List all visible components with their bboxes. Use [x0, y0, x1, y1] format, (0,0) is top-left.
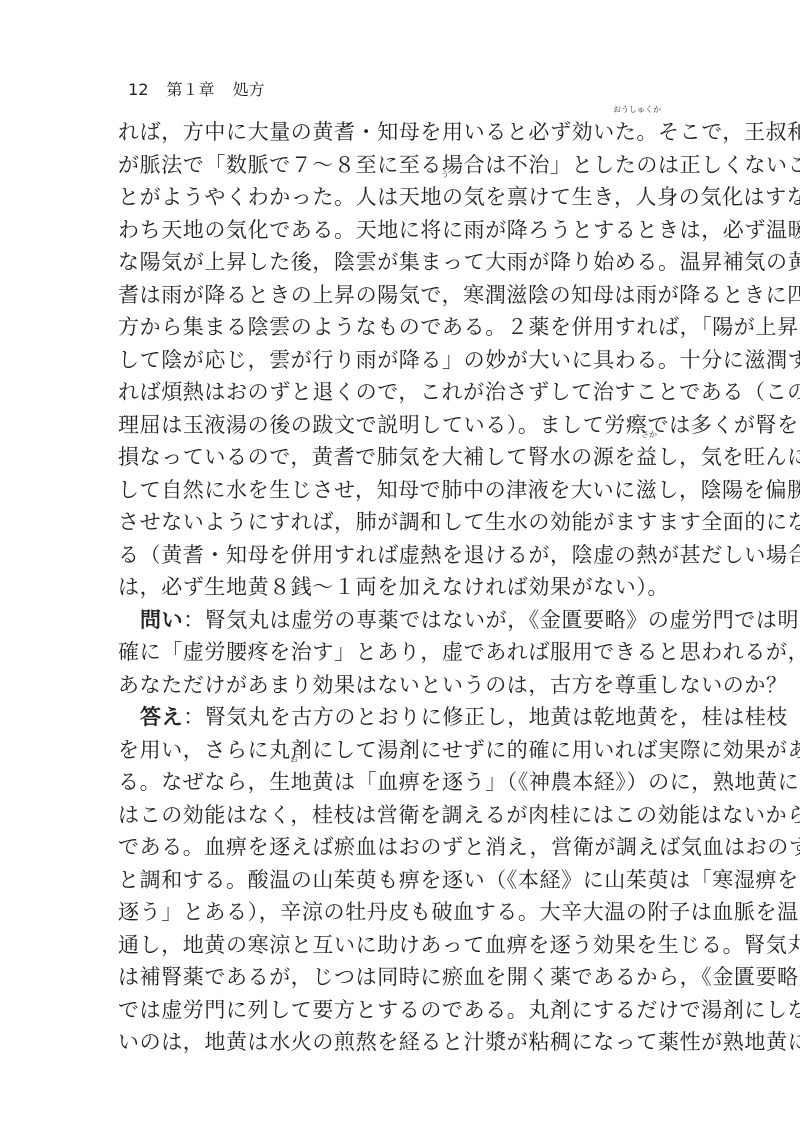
text-line: は，必ず生地黄８銭～１両を加えなければ効果がない）。 [118, 571, 686, 604]
text-line: る。なぜなら，生地黄は「血痹を逐う」（《神農本経》）のに，熟地黄に [118, 766, 686, 799]
text-line: 損なっているので，黄耆で肺気を大補して腎水の源を益し，気を旺んに [118, 441, 686, 474]
page-number: 12 [128, 80, 148, 99]
text-line: 通し，地黄の寒涼と互いに助けあって血痹を逐う効果を生じる。腎気丸 [118, 929, 686, 962]
question-line: 問い：腎気丸は虚労の専薬ではないが，《金匱要略》の虚労門では明 [118, 604, 686, 637]
text-line: はこの効能はなく，桂枝は営衛を調えるが肉桂にはこの効能はないから [118, 799, 686, 832]
text-line: は補腎薬であるが，じつは同時に瘀血を開く薬であるから，《金匱要略》 [118, 961, 686, 994]
text-line: 耆は雨が降るときの上昇の陽気で，寒潤滋陰の知母は雨が降るときに四 [118, 279, 686, 312]
question-text: 腎気丸は虚労の専薬ではないが，《金匱要略》の虚労門では明 [205, 608, 799, 632]
section-title: 処方 [233, 80, 265, 99]
text-line: いのは，地黄は水火の煎熬を経ると汁漿が粘稠になって薬性が熟地黄に [118, 1026, 686, 1059]
text-line: な陽気が上昇した後，陰雲が集まって大雨が降り始める。温昇補気の黄 [118, 246, 686, 279]
body-text: れば，方中に大量の黄耆・知母を用いると必ず効いた。そこで，王叔和 が脈法で「数脈… [118, 116, 686, 1059]
question-label: 問い [140, 608, 183, 632]
answer-text: 腎気丸を古方のとおりに修正し，地黄は乾地黄を，桂は桂枝 [205, 705, 788, 729]
text-line: 逐う」とある），辛涼の牡丹皮も破血する。大辛大温の附子は血脈を温 [118, 896, 686, 929]
text-line: して自然に水を生じさせ，知母で肺中の津液を大いに滋し，陰陽を偏勝 [118, 474, 686, 507]
chapter-label: 第１章 [167, 80, 215, 99]
text-line: を用い，さらに丸剤にして湯剤にせずに的確に用いれば実際に効果があ [118, 734, 686, 767]
text-line: と調和する。酸温の山茱萸も痹を逐い（《本経》に山茱萸は「寒湿痹を [118, 864, 686, 897]
text-line: では虚労門に列して要方とするのである。丸剤にするだけで湯剤にしな [118, 994, 686, 1027]
text-line: る（黄耆・知母を併用すれば虚熱を退けるが，陰虚の熱が甚だしい場合 [118, 539, 686, 572]
text-line: とがようやくわかった。人は天地の気を禀けて生き，人身の気化はすな [118, 181, 686, 214]
answer-label: 答え [140, 705, 183, 729]
ruby-reading: おうしゅくか [613, 106, 661, 114]
text-line: れば，方中に大量の黄耆・知母を用いると必ず効いた。そこで，王叔和 [118, 116, 686, 149]
text-line: が脈法で「数脈で７～８至に至る場合は不治」としたのは正しくないこ [118, 149, 686, 182]
text-line: して陰が応じ，雲が行り雨が降る」の妙が大いに具わる。十分に滋潤す [118, 344, 686, 377]
text-line: わち天地の気化である。天地に将に雨が降ろうとするときは，必ず温暖 [118, 214, 686, 247]
label-separator: ： [183, 608, 205, 632]
text-line: 確に「虚労腰疼を治す」とあり，虚であれば服用できると思われるが， [118, 636, 686, 669]
running-header: 12第１章処方 [118, 58, 265, 100]
text-line: あなただけがあまり効果はないというのは，古方を尊重しないのか？ [118, 669, 686, 702]
text-line: れば煩熱はおのずと退くので，これが治さずして治すことである（この [118, 376, 686, 409]
answer-line: 答え：腎気丸を古方のとおりに修正し，地黄は乾地黄を，桂は桂枝 [118, 701, 686, 734]
text-line: 方から集まる陰雲のようなものである。２薬を併用すれば，「陽が上昇 [118, 311, 686, 344]
text-line: させないようにすれば，肺が調和して生水の効能がますます全面的にな [118, 506, 686, 539]
text-line: である。血痹を逐えば瘀血はおのずと消え，営衛が調えば気血はおのず [118, 831, 686, 864]
text-line: 理屈は玉液湯の後の跋文で説明している）。まして労瘵では多くが腎を [118, 409, 686, 442]
label-separator: ： [183, 705, 205, 729]
